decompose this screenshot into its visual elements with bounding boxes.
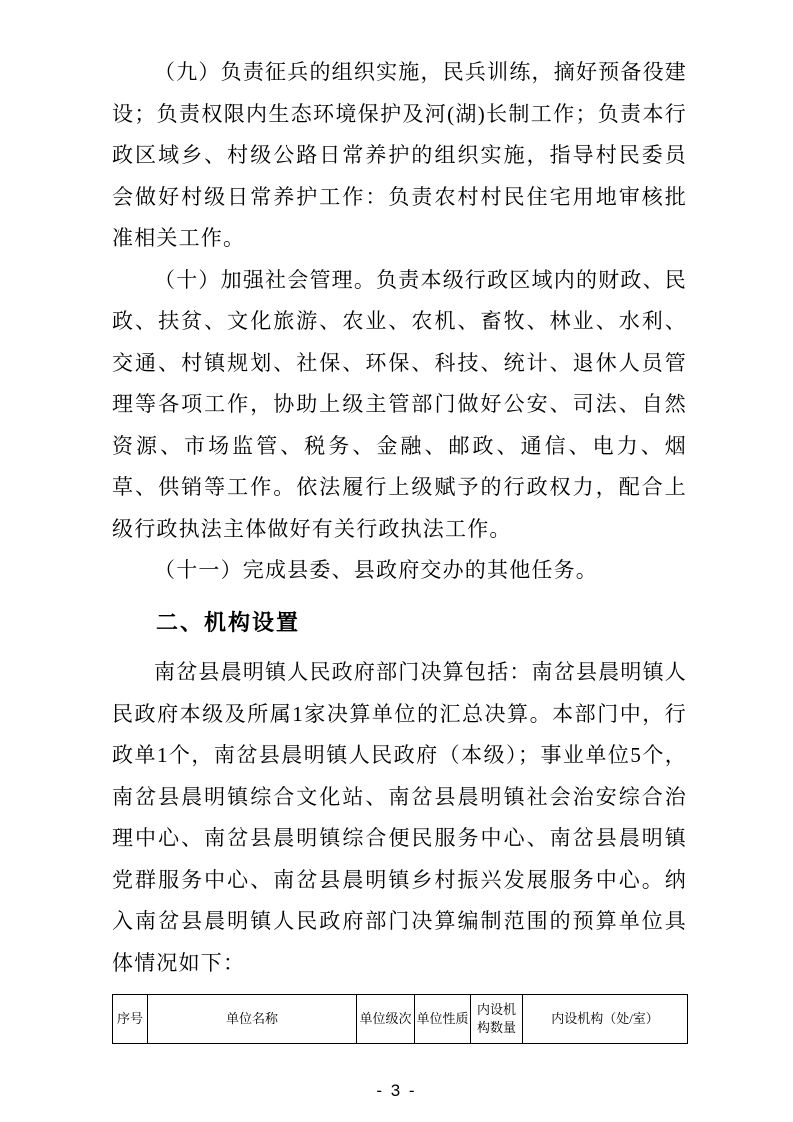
budget-units-table: 序号 单位名称 单位级次 单位性质 内设机构数量 内设机构（处/室）: [112, 994, 688, 1044]
paragraph-duty-11: （十一）完成县委、县政府交办的其他任务。: [112, 550, 687, 592]
col-header-unit-name: 单位名称: [148, 995, 357, 1044]
paragraph-duty-9: （九）负责征兵的组织实施，民兵训练，摘好预备役建设；负责权限内生态环境保护及河(…: [112, 52, 687, 260]
col-header-internal-org-count: 内设机构数量: [471, 995, 523, 1044]
col-header-unit-level: 单位级次: [357, 995, 415, 1044]
table-header-row: 序号 单位名称 单位级次 单位性质 内设机构数量 内设机构（处/室）: [113, 995, 688, 1044]
section-intro-paragraph: 南岔县晨明镇人民政府部门决算包括：南岔县晨明镇人民政府本级及所属1家决算单位的汇…: [112, 652, 687, 984]
page-number: - 3 -: [0, 1081, 793, 1101]
paragraph-duty-10: （十）加强社会管理。负责本级行政区域内的财政、民政、扶贫、文化旅游、农业、农机、…: [112, 260, 687, 551]
col-header-internal-org-offices: 内设机构（处/室）: [523, 995, 688, 1044]
section-heading-org-setup: 二、机构设置: [112, 602, 687, 644]
col-header-serial-number: 序号: [113, 995, 148, 1044]
col-header-unit-type: 单位性质: [415, 995, 471, 1044]
document-body: （九）负责征兵的组织实施，民兵训练，摘好预备役建设；负责权限内生态环境保护及河(…: [112, 52, 687, 1044]
document-page: （九）负责征兵的组织实施，民兵训练，摘好预备役建设；负责权限内生态环境保护及河(…: [0, 0, 793, 1122]
